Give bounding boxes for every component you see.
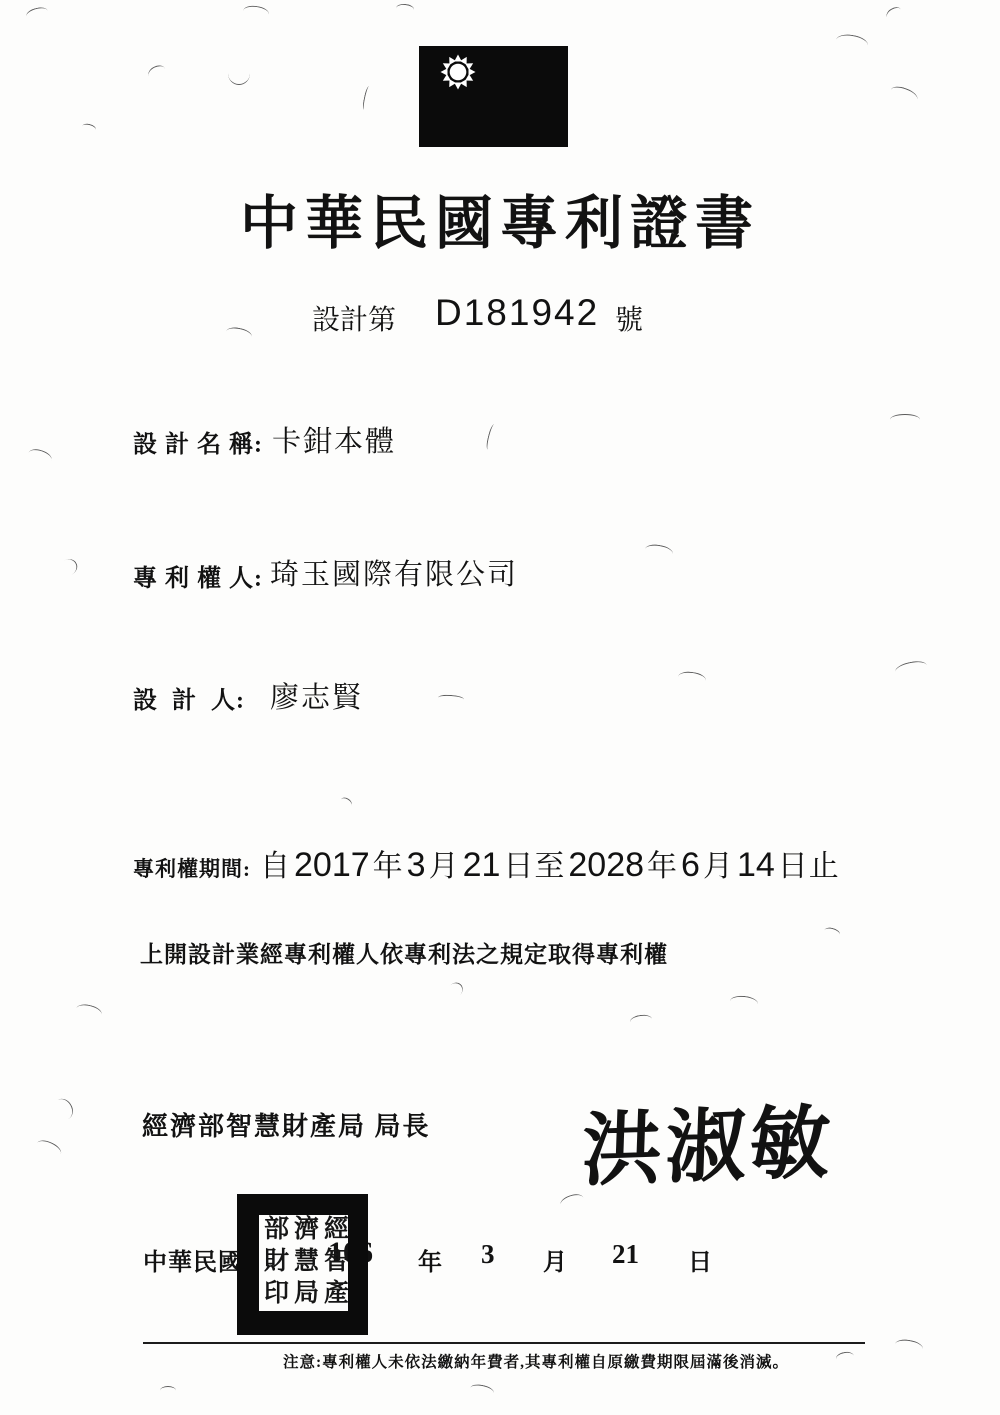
scan-artifact <box>644 543 674 561</box>
scan-artifact <box>890 414 920 425</box>
footer-rule <box>143 1342 865 1344</box>
scan-artifact <box>729 995 758 1011</box>
term-part: 日至 <box>503 850 565 883</box>
seal-script-text: 經濟部 智慧財 產局印 <box>259 1215 348 1311</box>
scan-artifact <box>677 670 707 687</box>
scan-artifact <box>242 4 270 20</box>
date-day-unit: 日 <box>688 1242 712 1277</box>
seal-column: 智慧財 <box>259 1247 349 1279</box>
patent-term-label: 專利權期間: <box>133 853 251 883</box>
scan-artifact <box>27 447 54 467</box>
scan-artifact <box>485 424 497 451</box>
patentee-value: 琦玉國際有限公司 <box>270 552 518 593</box>
scan-artifact <box>81 122 97 133</box>
seal-column: 產局印 <box>259 1279 349 1311</box>
scan-artifact <box>396 3 415 15</box>
scan-artifact <box>56 556 80 579</box>
design-name-value: 卡鉗本體 <box>272 419 396 460</box>
scan-artifact <box>339 796 354 810</box>
patent-term-value: 自2017年3月21日至2028年6月14日止 <box>260 841 840 885</box>
scan-artifact <box>25 5 49 21</box>
scan-artifact <box>49 1095 76 1124</box>
scan-artifact <box>894 659 928 678</box>
scan-artifact <box>889 84 920 106</box>
scan-artifact <box>823 926 841 939</box>
term-part: 3 <box>407 846 426 884</box>
date-month-unit: 月 <box>543 1242 567 1277</box>
term-part: 月 <box>429 850 460 883</box>
term-part: 21 <box>463 846 501 884</box>
term-part: 年 <box>647 850 678 883</box>
scan-artifact <box>894 1338 924 1356</box>
scan-artifact <box>34 1137 63 1160</box>
flag-sun-icon <box>419 46 568 147</box>
seal-column: 經濟部 <box>259 1215 349 1247</box>
scan-artifact <box>469 1383 495 1399</box>
date-month: 3 <box>481 1239 495 1270</box>
term-part: 2028 <box>568 846 644 884</box>
issuing-office-label: 經濟部智慧財產局 局長 <box>142 1106 431 1143</box>
scan-artifact <box>629 1014 652 1028</box>
term-part: 6 <box>681 846 700 884</box>
designer-value: 廖志賢 <box>270 675 363 716</box>
term-part: 自 <box>260 850 291 883</box>
term-part: 年 <box>373 850 404 883</box>
patentee-label: 專 利 權 人: <box>133 558 263 593</box>
scan-artifact <box>75 1002 103 1021</box>
date-year-unit: 年 <box>418 1242 442 1277</box>
official-seal: 經濟部 智慧財 產局印 <box>237 1194 368 1335</box>
design-name-label: 設 計 名 稱: <box>133 424 263 459</box>
scan-artifact <box>146 63 168 82</box>
term-part: 日止 <box>778 850 840 883</box>
cert-number-prefix: 設計第 <box>312 298 396 338</box>
roc-flag-emblem <box>419 46 568 147</box>
term-part: 月 <box>703 850 734 883</box>
scan-artifact <box>362 86 372 111</box>
scan-artifact <box>438 694 464 703</box>
patent-certificate-page: 中華民國專利證書 設計第 D181942 號 設 計 名 稱: 卡鉗本體 專 利… <box>0 0 1000 1415</box>
term-part: 2017 <box>294 846 370 884</box>
director-signature: 洪淑敏 <box>580 1077 836 1201</box>
cert-number: D181942 <box>435 292 599 334</box>
scan-artifact <box>835 32 869 52</box>
date-day: 21 <box>612 1239 639 1270</box>
certificate-number-line: 設計第 D181942 號 <box>0 292 1000 338</box>
footer-note: 注意:專利權人未依法繳納年費者,其專利權自原繳費期限屆滿後消滅。 <box>283 1350 789 1372</box>
designer-label: 設 計 人: <box>133 680 245 715</box>
date-era: 中華民國 <box>143 1242 243 1277</box>
certificate-title: 中華民國專利證書 <box>0 176 1000 260</box>
scan-artifact <box>835 1351 855 1365</box>
scan-artifact <box>228 62 250 85</box>
scan-artifact <box>884 5 903 23</box>
grant-statement: 上開設計業經專利權人依專利法之規定取得專利權 <box>140 936 668 969</box>
scan-artifact <box>444 979 466 1001</box>
term-part: 14 <box>737 846 775 884</box>
scan-artifact <box>559 1192 586 1212</box>
cert-number-suffix: 號 <box>615 298 643 338</box>
scan-artifact <box>160 1386 176 1395</box>
